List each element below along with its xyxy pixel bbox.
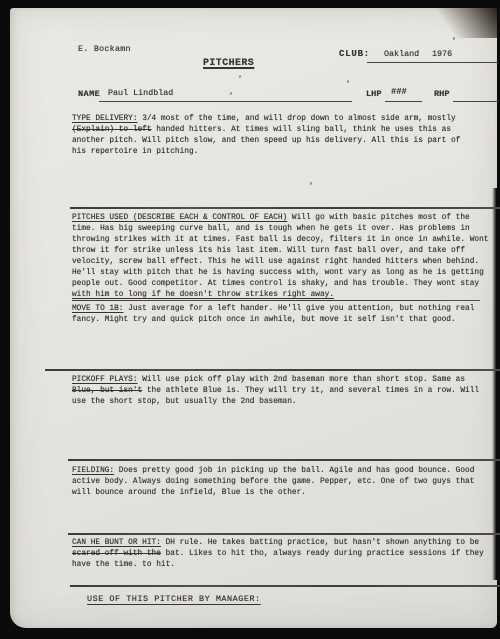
section-text: Will use pick off play with 2nd baseman … [138, 376, 466, 384]
section-can-he-bunt-or-hit: CAN HE BUNT OR HIT: DH rule. He takes ba… [72, 538, 500, 571]
form-rule-pitches [70, 207, 500, 209]
section-text: time. Has big sweeping curve ball, and i… [72, 225, 470, 233]
rhp-underline [453, 88, 498, 102]
form-title: PITCHERS [203, 58, 254, 69]
section-text: He'll stay with pitch that he is having … [72, 269, 484, 277]
section-text: (Explain) to left [72, 126, 152, 134]
text-line: his repertoire in pitching. [72, 147, 500, 158]
text-line: time. Has big sweeping curve ball, and i… [72, 224, 500, 235]
text-line: active body. Always doing something befo… [72, 477, 500, 488]
section-text: will bounce around the infield, Blue is … [72, 489, 306, 497]
text-line: TYPE DELIVERY: 3/4 most of the time, and… [72, 114, 500, 125]
section-text: Does pretty good job in picking up the b… [114, 467, 474, 475]
section-fielding: FIELDING: Does pretty good job in pickin… [72, 466, 500, 499]
section-text: Just average for a left hander. He'll gi… [123, 305, 474, 313]
club-year: 1976 [432, 49, 452, 59]
scan-background: E. Bockamn CLUB: Oakland 1976 PITCHERS N… [0, 0, 500, 639]
section-text: handed hitters. At times will sling ball… [152, 126, 451, 134]
text-line: FIELDING: Does pretty good job in pickin… [72, 466, 500, 477]
text-line: (Explain) to left handed hitters. At tim… [72, 125, 500, 136]
text-line: PITCHES USED (DESCRIBE EACH & CONTROL OF… [72, 213, 500, 224]
section-heading: MOVE TO 1B: [72, 305, 123, 313]
paper-speck [347, 80, 350, 84]
lhp-underline: ### [385, 88, 422, 102]
section-heading: FIELDING: [72, 467, 114, 475]
lhp-mark: ### [391, 87, 407, 97]
section-type-delivery: TYPE DELIVERY: 3/4 most of the time, and… [72, 114, 500, 158]
form-rule-bunt [68, 533, 500, 535]
rhp-label: RHP [434, 89, 449, 99]
section-pitches-used: PITCHES USED (DESCRIBE EACH & CONTROL OF… [72, 213, 500, 301]
section-text: people out. Good competitor. At times co… [72, 280, 479, 288]
text-line: throw it for strike unless its his last … [72, 246, 500, 257]
section-text: use the short stop, but usually the 2nd … [72, 398, 297, 406]
form-rule-fielding [68, 459, 500, 461]
text-line: MOVE TO 1B: Just average for a left hand… [72, 304, 500, 315]
section-text: his repertoire in pitching. [72, 148, 198, 156]
scouting-report-page: E. Bockamn CLUB: Oakland 1976 PITCHERS N… [10, 8, 497, 628]
text-line: velocity, screw ball effect. This he wil… [72, 257, 500, 268]
section-text: fancy. Might try and quick pitch once in… [72, 316, 456, 324]
section-text: bat. Likes to hit tho, always ready duri… [161, 550, 484, 558]
name-label: NAME [78, 89, 100, 99]
text-line: throwing strikes with it at times. Fast … [72, 235, 500, 246]
text-line: another pitch. Will pitch slow, and then… [72, 136, 500, 147]
form-rule-pickoff [45, 369, 500, 371]
text-line: PICKOFF PLAYS: Will use pick off play wi… [72, 375, 500, 386]
form-rule-strikes [72, 300, 480, 301]
section-move-to-1b: MOVE TO 1B: Just average for a left hand… [72, 304, 500, 326]
paper-speck [239, 75, 242, 79]
text-line: will bounce around the infield, Blue is … [72, 488, 500, 499]
section-heading: PICKOFF PLAYS: [72, 376, 138, 384]
text-line: people out. Good competitor. At times co… [72, 279, 500, 290]
section-heading: with him to long if he doesn't throw str… [72, 291, 334, 299]
text-line: CAN HE BUNT OR HIT: DH rule. He takes ba… [72, 538, 500, 549]
paper-speck [310, 182, 313, 186]
section-text: velocity, screw ball effect. This he wil… [72, 258, 479, 266]
scout-name: E. Bockamn [78, 45, 131, 54]
lhp-label: LHP [366, 89, 381, 99]
club-team: Oakland [384, 49, 419, 59]
section-heading: TYPE DELIVERY: [72, 115, 138, 123]
section-text: DH rule. He takes batting practice, but … [161, 539, 479, 547]
section-text: throwing strikes with it at times. Fast … [72, 236, 488, 244]
club-underline: Oakland 1976 [367, 49, 498, 63]
form-rule-footer [70, 585, 500, 587]
text-line: Blue, but isn't the athlete Blue is. The… [72, 386, 500, 397]
text-line: scared off with the bat. Likes to hit th… [72, 549, 500, 560]
footer-heading: USE OF THIS PITCHER BY MANAGER: [87, 594, 261, 604]
page-corner-smudge [431, 8, 497, 38]
text-line: He'll stay with pitch that he is having … [72, 268, 500, 279]
section-text: scared off with the [72, 550, 161, 558]
section-text: Blue, but isn't [72, 387, 142, 395]
section-pickoff-plays: PICKOFF PLAYS: Will use pick off play wi… [72, 375, 500, 408]
section-text: another pitch. Will pitch slow, and then… [72, 137, 460, 145]
section-heading: PITCHES USED (DESCRIBE EACH & CONTROL OF… [72, 214, 287, 222]
section-text: active body. Always doing something befo… [72, 478, 474, 486]
section-heading: CAN HE BUNT OR HIT: [72, 539, 161, 547]
section-text: have the time. to hit. [72, 561, 175, 569]
text-line: fancy. Might try and quick pitch once in… [72, 315, 500, 326]
section-text: the athlete Blue is. They will try it, a… [142, 387, 479, 395]
section-text: 3/4 most of the time, and will drop down… [138, 115, 456, 123]
name-underline: Paul Lindblad [99, 88, 352, 102]
pitcher-name: Paul Lindblad [108, 88, 173, 98]
club-label: CLUB: [339, 49, 370, 59]
paper-speck [453, 37, 456, 41]
text-line: have the time. to hit. [72, 560, 500, 571]
section-text: Will go with basic pitches most of the [287, 214, 469, 222]
section-text: throw it for strike unless its his last … [72, 247, 465, 255]
text-line: use the short stop, but usually the 2nd … [72, 397, 500, 408]
